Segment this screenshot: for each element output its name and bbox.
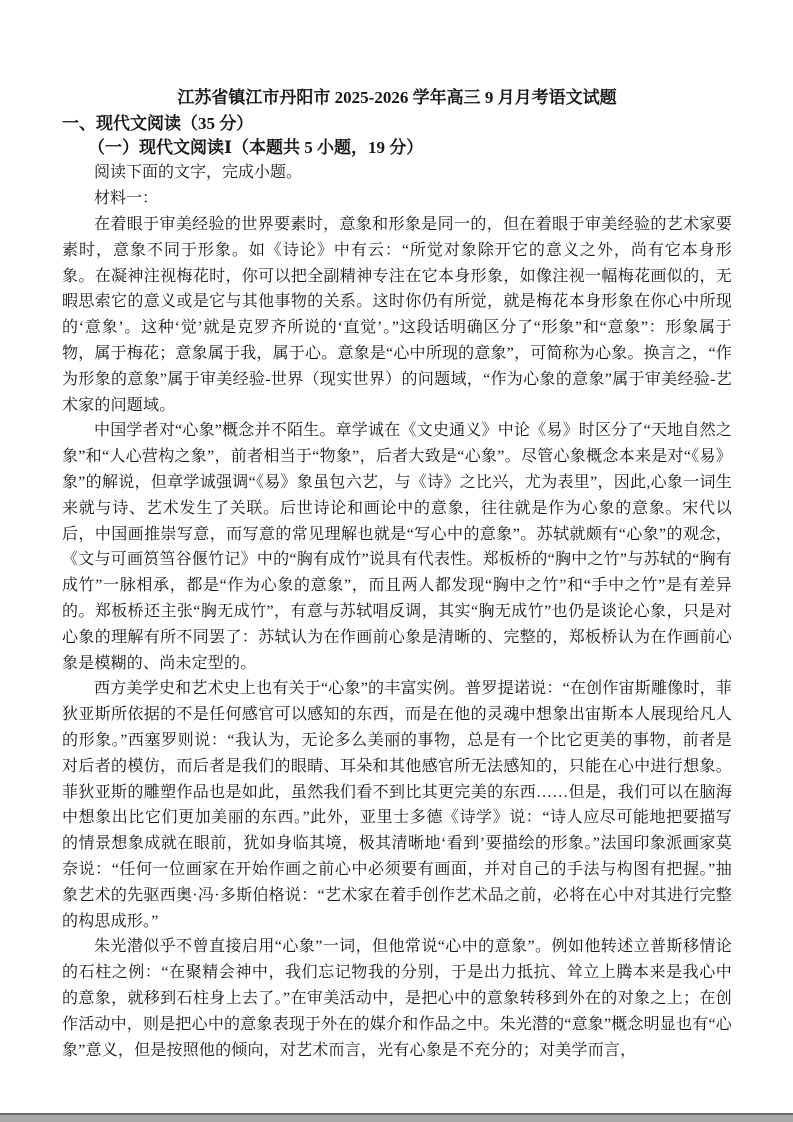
material-paragraph-4: 朱光潜似乎不曾直接启用“心象”一词，但他常说“心中的意象”。例如他转述立普斯移情… — [62, 934, 732, 1063]
material-one-label: 材料一： — [62, 187, 732, 211]
material-paragraph-3: 西方美学史和艺术史上也有关于“心象”的丰富实例。普罗提诺说：“在创作宙斯雕像时，… — [62, 676, 732, 934]
exam-paper-page: 江苏省镇江市丹阳市 2025-2026 学年高三 9 月月考语文试题 一、现代文… — [0, 0, 793, 1122]
page-bottom-edge-divider — [0, 1113, 793, 1122]
document-title: 江苏省镇江市丹阳市 2025-2026 学年高三 9 月月考语文试题 — [62, 87, 732, 108]
subsection-heading-reading-1: （一）现代文阅读Ⅰ（本题共 5 小题，19 分） — [62, 136, 732, 160]
material-paragraph-2: 中国学者对“心象”概念并不陌生。章学诚在《文史通义》中论《易》时区分了“天地自然… — [62, 418, 732, 676]
section-heading-modern-text-reading: 一、现代文阅读（35 分） — [62, 112, 732, 136]
reading-instruction: 阅读下面的文字，完成小题。 — [62, 161, 732, 185]
page-content: 江苏省镇江市丹阳市 2025-2026 学年高三 9 月月考语文试题 一、现代文… — [0, 0, 793, 1063]
material-paragraph-1: 在着眼于审美经验的世界要素时，意象和形象是同一的，但在着眼于审美经验的艺术家要素… — [62, 212, 732, 418]
